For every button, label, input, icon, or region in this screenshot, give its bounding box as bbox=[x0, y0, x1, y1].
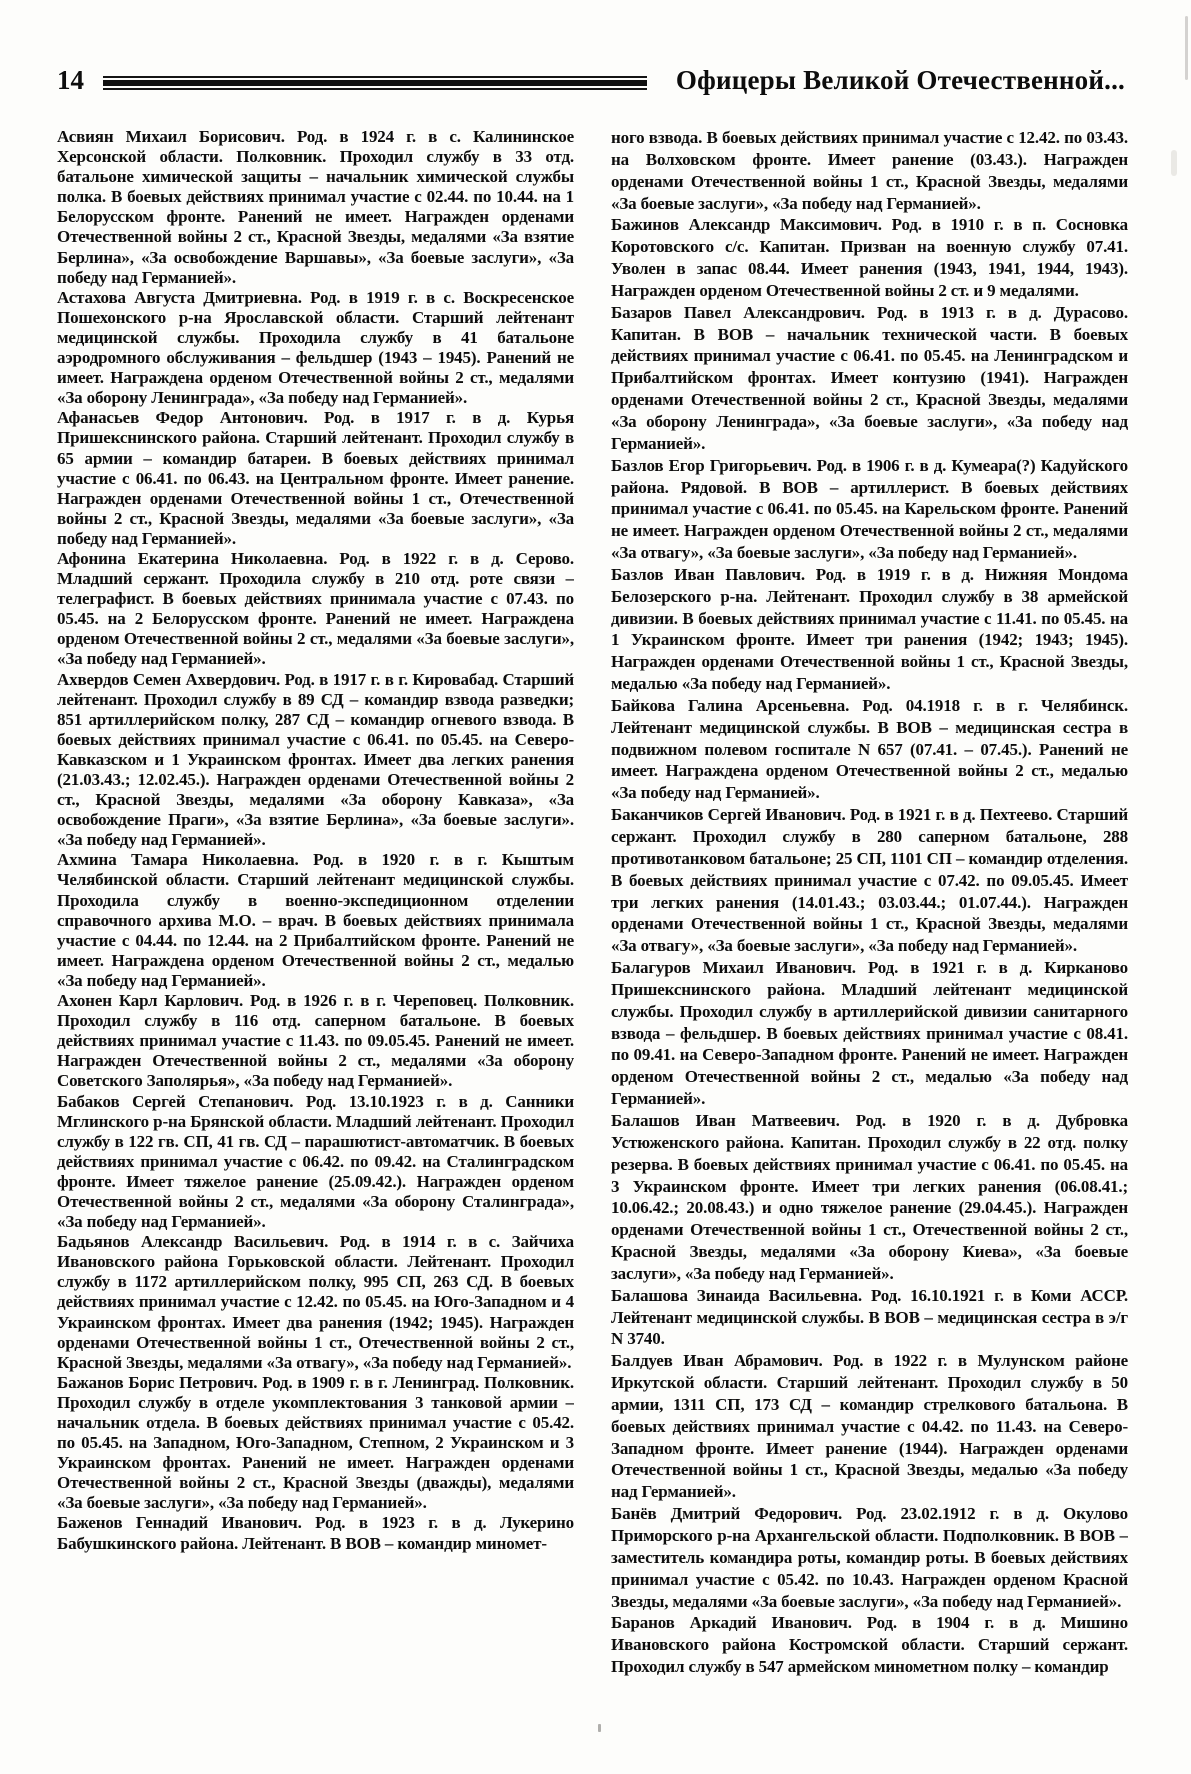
entry-paragraph: Баженов Геннадий Иванович. Род. в 1923 г… bbox=[57, 1513, 574, 1553]
scan-artifact-smudge bbox=[1171, 150, 1177, 176]
entry-paragraph: Асвиян Михаил Борисович. Род. в 1924 г. … bbox=[57, 127, 574, 288]
page-header: 14 Офицеры Великой Отечественной... bbox=[57, 66, 1125, 96]
entry-paragraph: Бадьянов Александр Васильевич. Род. в 19… bbox=[57, 1232, 574, 1373]
entry-paragraph: Балашова Зинаида Васильевна. Род. 16.10.… bbox=[611, 1285, 1128, 1351]
entry-paragraph: Базаров Павел Александрович. Род. в 1913… bbox=[611, 302, 1128, 455]
column-left: Асвиян Михаил Борисович. Род. в 1924 г. … bbox=[57, 127, 574, 1719]
header-rule bbox=[103, 76, 647, 90]
entry-paragraph: Базлов Егор Григорьевич. Род. в 1906 г. … bbox=[611, 455, 1128, 564]
scan-artifact-dot bbox=[598, 1724, 601, 1732]
entry-paragraph: Базлов Иван Павлович. Род. в 1919 г. в д… bbox=[611, 564, 1128, 695]
entry-paragraph: Баранов Аркадий Иванович. Род. в 1904 г.… bbox=[611, 1612, 1128, 1678]
entry-paragraph: Балдуев Иван Абрамович. Род. в 1922 г. в… bbox=[611, 1350, 1128, 1503]
entry-paragraph: ного взвода. В боевых действиях принимал… bbox=[611, 127, 1128, 214]
entry-paragraph: Афанасьев Федор Антонович. Род. в 1917 г… bbox=[57, 408, 574, 549]
entry-paragraph: Балашов Иван Матвеевич. Род. в 1920 г. в… bbox=[611, 1110, 1128, 1285]
entry-paragraph: Бабаков Сергей Степанович. Род. 13.10.19… bbox=[57, 1092, 574, 1233]
page-number: 14 bbox=[57, 67, 84, 94]
entry-paragraph: Баканчиков Сергей Иванович. Род. в 1921 … bbox=[611, 804, 1128, 957]
text-columns: Асвиян Михаил Борисович. Род. в 1924 г. … bbox=[57, 127, 1128, 1719]
entry-paragraph: Байкова Галина Арсеньевна. Род. 04.1918 … bbox=[611, 695, 1128, 804]
entry-paragraph: Балагуров Михаил Иванович. Род. в 1921 г… bbox=[611, 957, 1128, 1110]
scan-artifact-edge-streak bbox=[1185, 16, 1188, 80]
entry-paragraph: Банёв Дмитрий Федорович. Род. 23.02.1912… bbox=[611, 1503, 1128, 1612]
entry-paragraph: Ахвердов Семен Ахвердович. Род. в 1917 г… bbox=[57, 670, 574, 851]
entry-paragraph: Афонина Екатерина Николаевна. Род. в 192… bbox=[57, 549, 574, 670]
entry-paragraph: Бажанов Борис Петрович. Род. в 1909 г. в… bbox=[57, 1373, 574, 1514]
book-page: 14 Офицеры Великой Отечественной... Асви… bbox=[0, 0, 1191, 1774]
entry-paragraph: Ахонен Карл Карлович. Род. в 1926 г. в г… bbox=[57, 991, 574, 1091]
column-right: ного взвода. В боевых действиях принимал… bbox=[611, 127, 1128, 1719]
entry-paragraph: Ахмина Тамара Николаевна. Род. в 1920 г.… bbox=[57, 850, 574, 991]
entry-paragraph: Бажинов Александр Максимович. Род. в 191… bbox=[611, 214, 1128, 301]
running-title: Офицеры Великой Отечественной... bbox=[676, 66, 1125, 96]
entry-paragraph: Астахова Августа Дмитриевна. Род. в 1919… bbox=[57, 288, 574, 409]
